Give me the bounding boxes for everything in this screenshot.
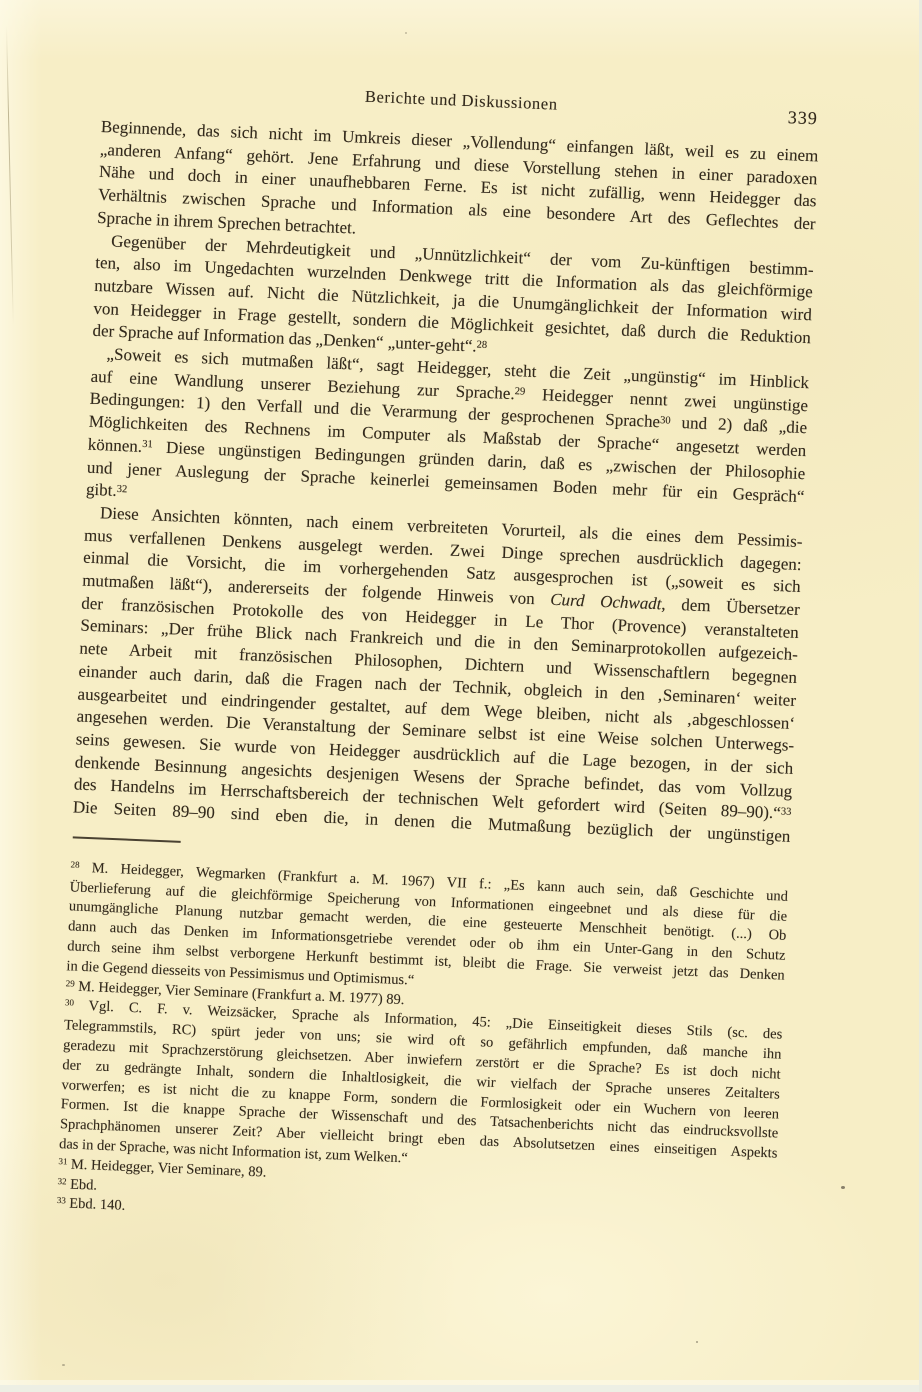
paragraph: Diese Ansichten könnten, nach einem verb… <box>73 502 803 849</box>
footnote-ref: 29 <box>515 386 526 397</box>
scan-speck <box>696 1341 698 1343</box>
footnote-ref: 30 <box>660 415 671 426</box>
footnote: 30 Vgl. C. F. v. Weizsäcker, Sprache als… <box>59 997 783 1185</box>
text-segment: , dem Übersetzer <box>661 594 800 619</box>
text-segment: gibt. <box>86 480 117 500</box>
text-block: Berichte und Diskussionen 339 Beginnende… <box>56 76 820 1244</box>
text-segment: können. <box>88 435 143 456</box>
footnote-ref: 28 <box>476 339 487 350</box>
footnote-ref: 33 <box>57 1195 66 1205</box>
paragraph: „Soweit es sich mutmaßen läßt“, sagt Hei… <box>86 343 810 531</box>
scan-speck <box>62 1364 65 1366</box>
footnotes: 28 M. Heidegger, Wegmarken (Frankfurt a.… <box>56 858 788 1243</box>
page-number: 339 <box>787 107 818 129</box>
footnote-ref: 32 <box>57 1176 66 1186</box>
text-segment: Curd Ochwadt <box>550 590 662 614</box>
footnote-ref: 31 <box>58 1156 67 1166</box>
running-head: Berichte und Diskussionen <box>102 76 820 125</box>
scan-bottom-edge <box>0 1385 922 1392</box>
scan-speck <box>405 32 407 34</box>
footnote-ref: 30 <box>65 998 74 1008</box>
text-segment: Ebd. 140. <box>65 1196 125 1214</box>
text-segment: und 2) daß „die <box>670 413 807 438</box>
scan-speck <box>841 1186 845 1189</box>
text-segment: Ebd. <box>66 1176 97 1193</box>
footnote-ref: 31 <box>142 439 153 450</box>
footnote-ref: 32 <box>117 483 128 494</box>
main-text: Beginnende, das sich nicht im Umkreis di… <box>73 116 819 849</box>
footnote-ref: 28 <box>70 859 79 869</box>
footnote-ref: 33 <box>781 806 792 817</box>
footnote-separator-rule <box>73 836 181 842</box>
scanned-book-page: Berichte und Diskussionen 339 Beginnende… <box>0 0 922 1392</box>
footnote-ref: 29 <box>66 978 75 988</box>
page-crease-line <box>6 26 14 326</box>
